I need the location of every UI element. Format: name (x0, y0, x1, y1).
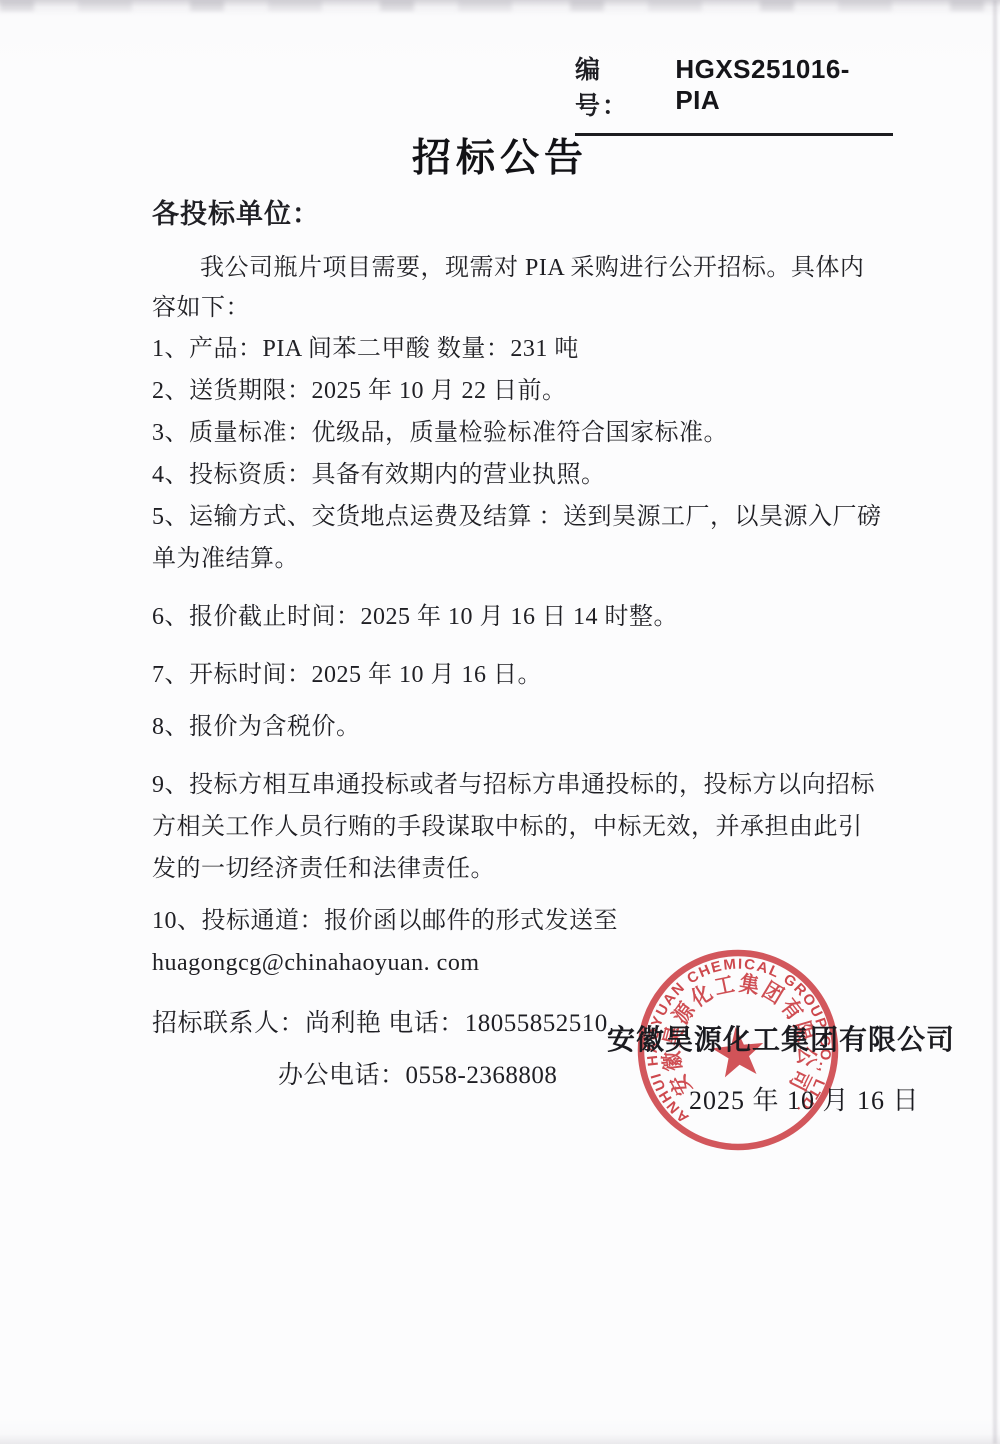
scan-artifact-top (0, 0, 1000, 11)
document-number-label: 编号： (575, 50, 655, 122)
company-name: 安徽昊源化工集团有限公司 (607, 1018, 955, 1058)
intro-paragraph: 我公司瓶片项目需要，现需对 PIA 采购进行公开招标。具体内容如下： (152, 248, 882, 328)
issue-date: 2025 年 10 月 16 日 (689, 1080, 920, 1117)
document-number-value: HGXS251016-PIA (675, 54, 893, 116)
tender-item-1: 1、产品：PIA 间苯二甲酸 数量：231 吨 (152, 328, 882, 370)
tender-item-5: 5、运输方式、交货地点运费及结算 ：送到昊源工厂，以昊源入厂磅单为准结算。 (152, 496, 882, 580)
tender-item-3: 3、质量标准：优级品，质量检验标准符合国家标准。 (152, 412, 882, 454)
tender-item-9: 9、投标方相互串通投标或者与招标方串通投标的，投标方以向招标方相关工作人员行贿的… (152, 764, 882, 890)
tender-item-4: 4、投标资质：具备有效期内的营业执照。 (152, 454, 882, 496)
salutation-line: 各投标单位： (152, 196, 882, 232)
document-number-row: 编号： HGXS251016-PIA (575, 50, 893, 136)
tender-item-6: 6、报价截止时间：2025 年 10 月 16 日 14 时整。 (152, 596, 882, 638)
scan-artifact-right-edge (993, 0, 997, 1444)
tender-item-8: 8、报价为含税价。 (152, 706, 882, 748)
scanned-tender-document: 编号： HGXS251016-PIA 招标公告 各投标单位： 我公司瓶片项目需要… (0, 0, 1000, 1444)
tender-item-7: 7、开标时间：2025 年 10 月 16 日。 (152, 654, 882, 696)
tender-item-2: 2、送货期限：2025 年 10 月 22 日前。 (152, 370, 882, 412)
page-title: 招标公告 (0, 127, 1000, 183)
